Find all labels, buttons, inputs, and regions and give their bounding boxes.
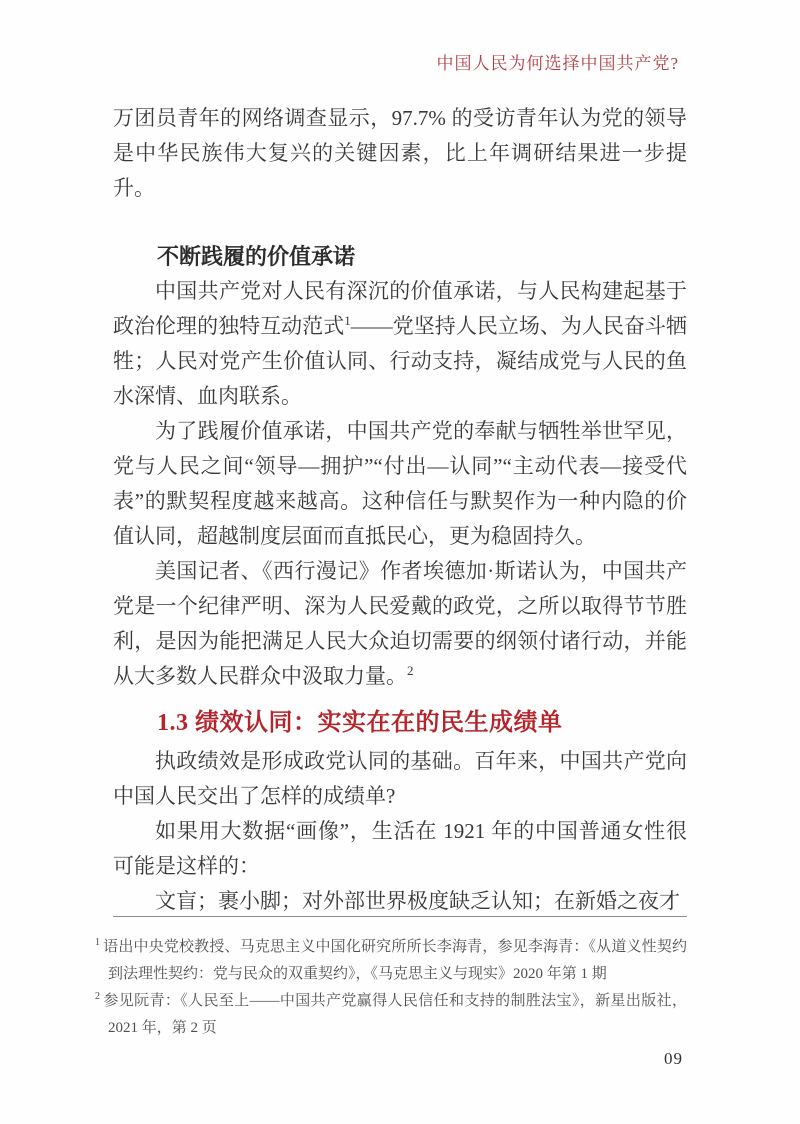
running-header-title: 中国人民为何选择中国共产党?: [436, 54, 679, 73]
footnotes-section: 1语出中央党校教授、马克思主义中国化研究所所长李海青，参见李海青：《从道义性契约…: [95, 916, 687, 1042]
paragraph-1: 万团员青年的网络调查显示，97.7% 的受访青年认为党的领导是中华民族伟大复兴的…: [113, 101, 687, 206]
footnote-separator: [113, 916, 687, 917]
paragraph-4-text: 美国记者、《西行漫记》作者埃德加·斯诺认为，中国共产党是一个纪律严明、深为人民爱…: [113, 559, 687, 688]
footnote-2: 2参见阮青：《人民至上——中国共产党赢得人民信任和支持的制胜法宝》，新星出版社，…: [95, 988, 687, 1042]
paragraph-7: 文盲；裹小脚；对外部世界极度缺乏认知；在新婚之夜才: [113, 884, 687, 919]
paragraph-6: 如果用大数据“画像”，生活在 1921 年的中国普通女性很可能是这样的：: [113, 814, 687, 884]
paragraph-4: 美国记者、《西行漫记》作者埃德加·斯诺认为，中国共产党是一个纪律严明、深为人民爱…: [113, 554, 687, 694]
section-heading-1-3: 1.3 绩效认同：实实在在的民生成绩单: [113, 704, 687, 742]
footnote-ref-2: 2: [407, 663, 414, 678]
body-text-column: 万团员青年的网络调查显示，97.7% 的受访青年认为党的领导是中华民族伟大复兴的…: [113, 101, 687, 919]
paragraph-5: 执政绩效是形成政党认同的基础。百年来，中国共产党向中国人民交出了怎样的成绩单?: [113, 744, 687, 814]
running-header: 中国人民为何选择中国共产党?: [113, 54, 679, 74]
footnote-1-marker: 1: [95, 937, 100, 948]
subsection-heading-value-commitment: 不断践履的价值承诺: [113, 239, 687, 274]
footnote-1: 1语出中央党校教授、马克思主义中国化研究所所长李海青，参见李海青：《从道义性契约…: [95, 934, 687, 988]
page-number: 09: [113, 1049, 683, 1069]
paragraph-2: 中国共产党对人民有深沉的价值承诺，与人民构建起基于政治伦理的独特互动范式1——党…: [113, 274, 687, 414]
footnote-1-text: 语出中央党校教授、马克思主义中国化研究所所长李海青，参见李海青：《从道义性契约到…: [103, 939, 687, 982]
footnote-2-marker: 2: [95, 991, 100, 1002]
document-page: 中国人民为何选择中国共产党? 万团员青年的网络调查显示，97.7% 的受访青年认…: [0, 0, 800, 1124]
paragraph-3: 为了践履价值承诺，中国共产党的奉献与牺牲举世罕见，党与人民之间“领导—拥护”“付…: [113, 414, 687, 554]
footnote-2-text: 参见阮青：《人民至上——中国共产党赢得人民信任和支持的制胜法宝》，新星出版社，2…: [103, 993, 687, 1036]
